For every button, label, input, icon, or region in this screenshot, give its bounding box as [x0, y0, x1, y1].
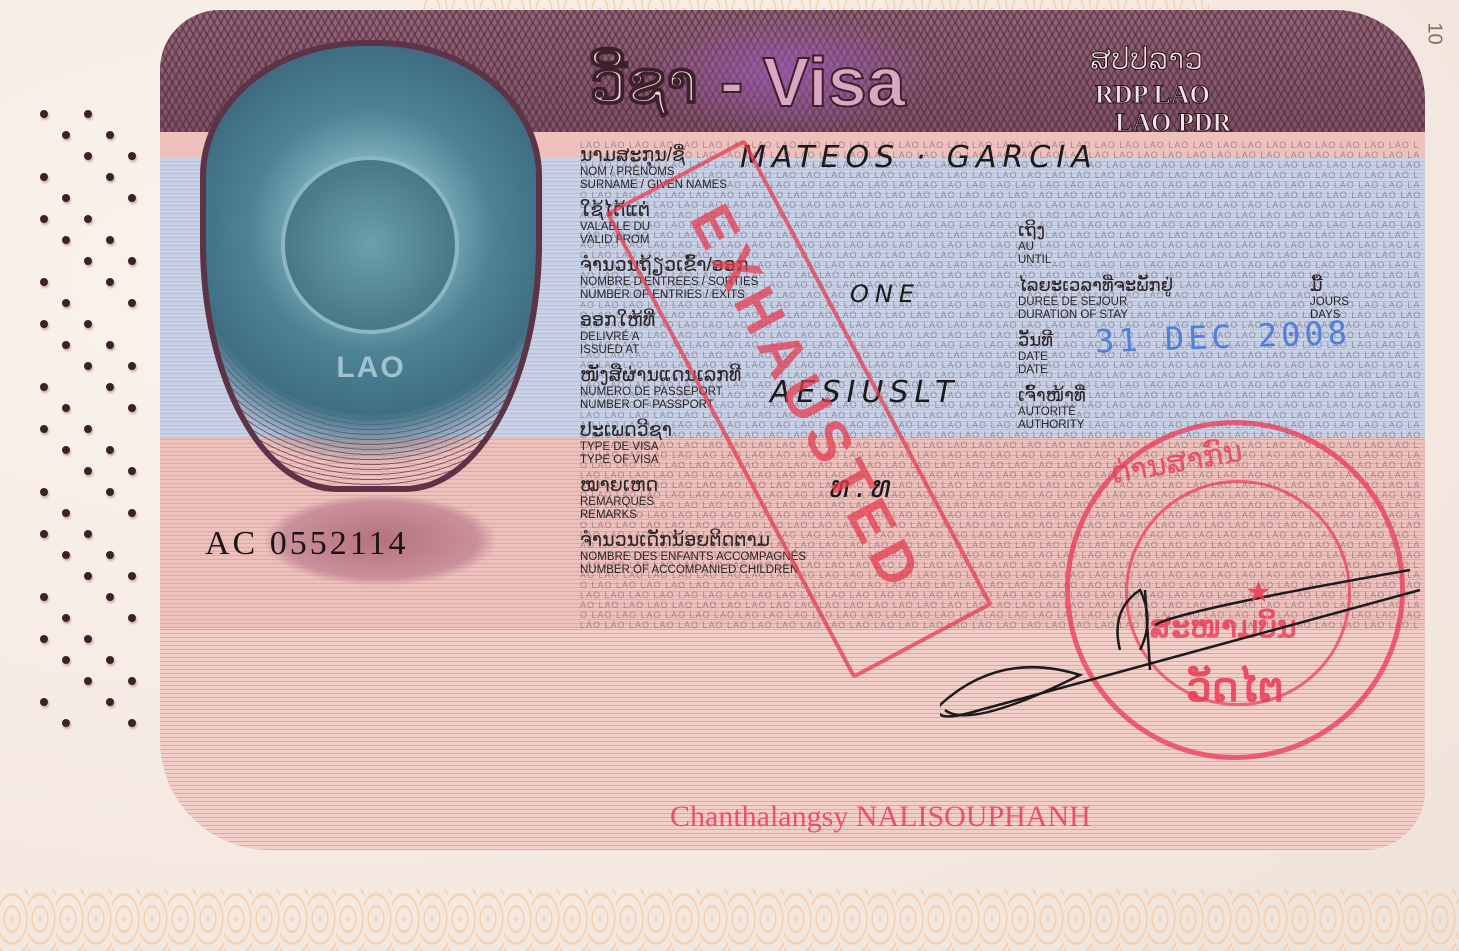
emblem-text: LAO [206, 351, 536, 385]
officer-signature [940, 530, 1425, 730]
visa-title: - Visa [720, 42, 906, 122]
perforated-number [40, 110, 150, 750]
field-authority: ເຈົ້າໜ້າທີ່AUTORITÉAUTHORITY [1018, 385, 1086, 432]
national-emblem-icon [281, 156, 459, 334]
visa-title-lao: ວີຊາ [590, 48, 698, 116]
country-fr: RDP LAO [1095, 80, 1210, 110]
field-remarks: ໝາຍເຫດREMARQUESREMARKS [580, 475, 658, 522]
field-until: ເຖິງAUUNTIL [1018, 220, 1051, 267]
hologram-emblem: LAO [200, 40, 542, 492]
handwritten-name: MATEOS · GARCIA [740, 140, 1098, 175]
serial-number: AC 0552114 [205, 525, 408, 563]
field-children: ຈຳນວນເດັກນ້ອຍຕິດຕາມNOMBRE DES ENFANTS AC… [580, 530, 806, 577]
visa-sticker: LAO LAO LAO LAO LAO LAO LAO LAO LAO LAO … [160, 10, 1425, 850]
page-guilloche-bottom [0, 889, 1459, 951]
country-lao: ສປປລາວ [1090, 42, 1203, 77]
field-duration: ໄລຍະເວລາທີ່ຈະພັກຢູ່DUREE DE SEJOURDURATI… [1018, 275, 1173, 322]
star-icon: ★ [1245, 575, 1272, 610]
officer-name-stamp: Chanthalangsy NALISOUPHANH [670, 800, 1091, 834]
handwritten-entries: ONE [850, 280, 920, 308]
field-issued-at: ອອກໃຫ້ທີ່DELIVRÉ AISSUED AT [580, 310, 655, 357]
field-type: ປະເພດວີຊາTYPE DE VISATYPE OF VISA [580, 420, 672, 467]
page-number: 10 [1422, 22, 1445, 44]
field-date: ວັນທີDATEDATE [1018, 330, 1053, 377]
country-en: LAO PDR [1115, 108, 1231, 138]
